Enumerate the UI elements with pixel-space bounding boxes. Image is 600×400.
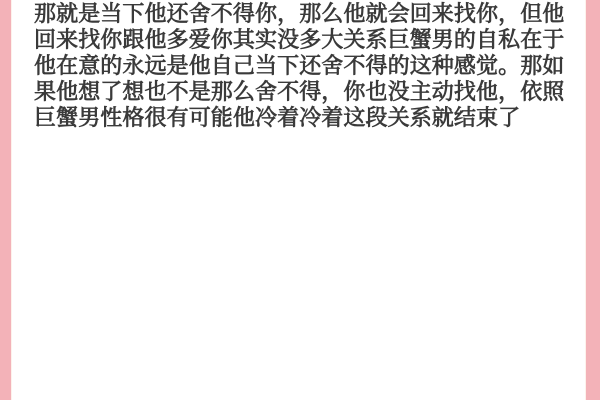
- text-line: 他在意的永远是他自己当下还舍不得的这种感觉。那如: [34, 53, 561, 79]
- pink-frame-background: 那就是当下他还舍不得你，那么他就会回来找你，但他 回来找你跟他多爱你其实没多大关…: [0, 0, 600, 400]
- article-text: 那就是当下他还舍不得你，那么他就会回来找你，但他 回来找你跟他多爱你其实没多大关…: [12, 0, 585, 131]
- text-line: 回来找你跟他多爱你其实没多大关系巨蟹男的自私在于: [34, 27, 561, 53]
- text-line: 那就是当下他还舍不得你，那么他就会回来找你，但他: [34, 1, 561, 27]
- content-card: 那就是当下他还舍不得你，那么他就会回来找你，但他 回来找你跟他多爱你其实没多大关…: [12, 0, 585, 400]
- text-line: 巨蟹男性格很有可能他冷着冷着这段关系就结束了: [34, 105, 561, 131]
- text-line: 果他想了想也不是那么舍不得，你也没主动找他，依照: [34, 79, 561, 105]
